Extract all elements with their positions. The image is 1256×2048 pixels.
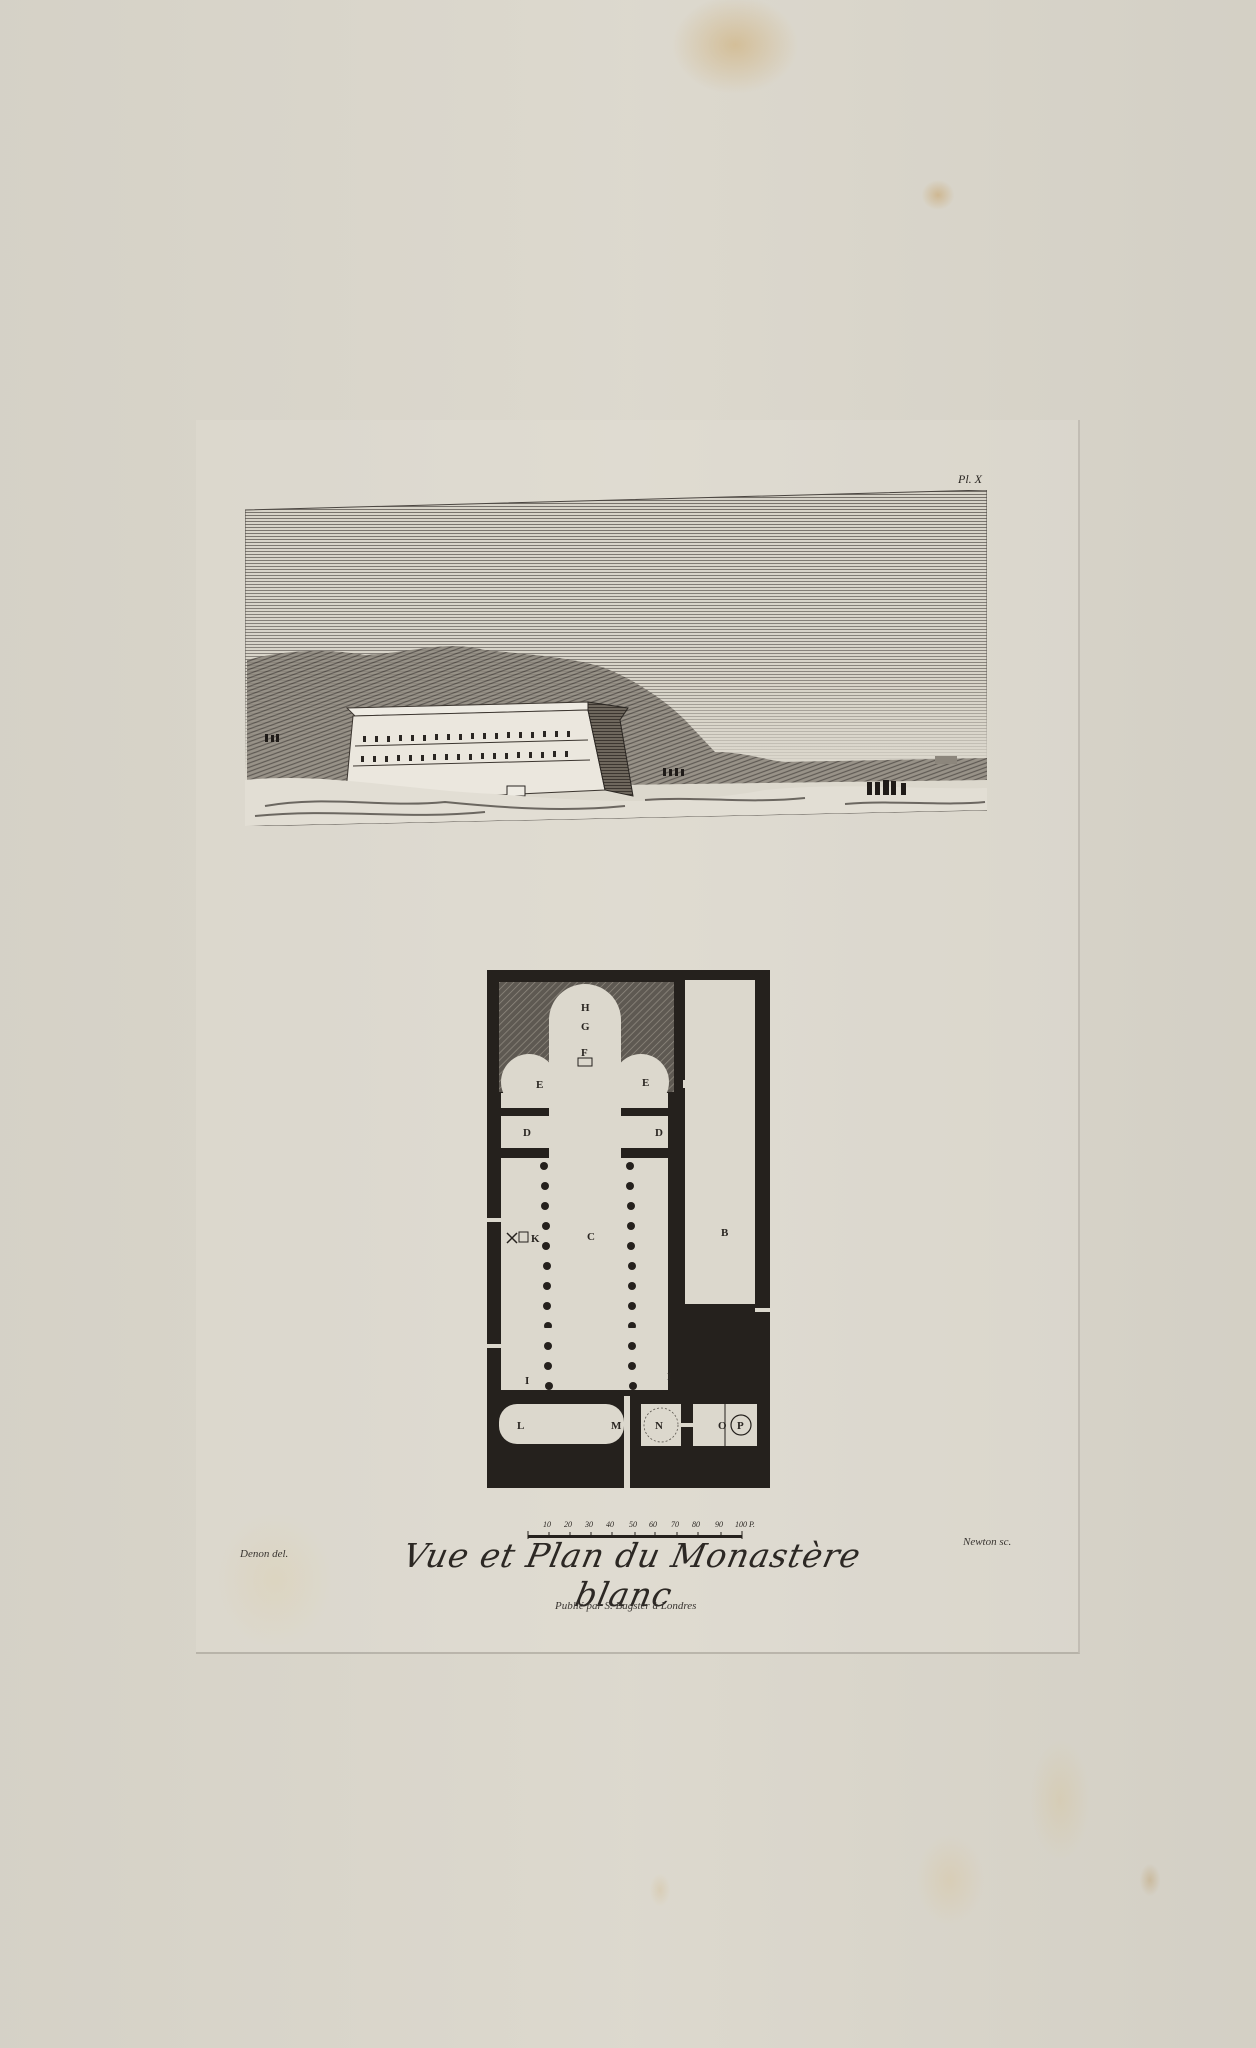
plate-number: Pl. X (958, 472, 982, 487)
scale-tick: 90 (715, 1520, 723, 1529)
scale-tick: 60 (649, 1520, 657, 1529)
scale-tick: 30 (584, 1520, 593, 1529)
floor-plan: H G F E E D D C B A K I I L M N O P (485, 968, 779, 1490)
label-I-right: I (667, 1371, 671, 1383)
publisher-line: Publié par S. Bagster à Londres (555, 1600, 696, 1612)
label-L: L (517, 1420, 524, 1432)
label-O: O (718, 1420, 727, 1432)
label-D-left: D (523, 1127, 531, 1139)
label-G: G (581, 1021, 590, 1033)
scale-tick: 80 (692, 1520, 700, 1529)
scale-tick: 100 P. (735, 1520, 755, 1529)
label-P: P (737, 1420, 744, 1432)
label-E-left: E (536, 1079, 543, 1091)
engraver-credit: Newton sc. (963, 1536, 1011, 1548)
draughtsman-credit: Denon del. (240, 1548, 288, 1560)
scale-tick: 20 (564, 1520, 572, 1529)
label-N: N (655, 1420, 663, 1432)
scale-tick: 40 (606, 1520, 614, 1529)
label-C: C (587, 1231, 595, 1243)
label-K: K (531, 1233, 540, 1245)
label-D-right: D (655, 1127, 663, 1139)
label-M: M (611, 1420, 622, 1432)
label-B: B (721, 1227, 729, 1239)
label-E-right: E (642, 1077, 649, 1089)
label-H: H (581, 1002, 590, 1014)
label-I-left: I (525, 1375, 529, 1387)
scale-tick: 50 (629, 1520, 637, 1529)
scale-tick: 70 (671, 1520, 679, 1529)
label-F: F (581, 1047, 588, 1059)
scale-tick: 10 (543, 1520, 551, 1529)
engraving-view (245, 490, 987, 826)
